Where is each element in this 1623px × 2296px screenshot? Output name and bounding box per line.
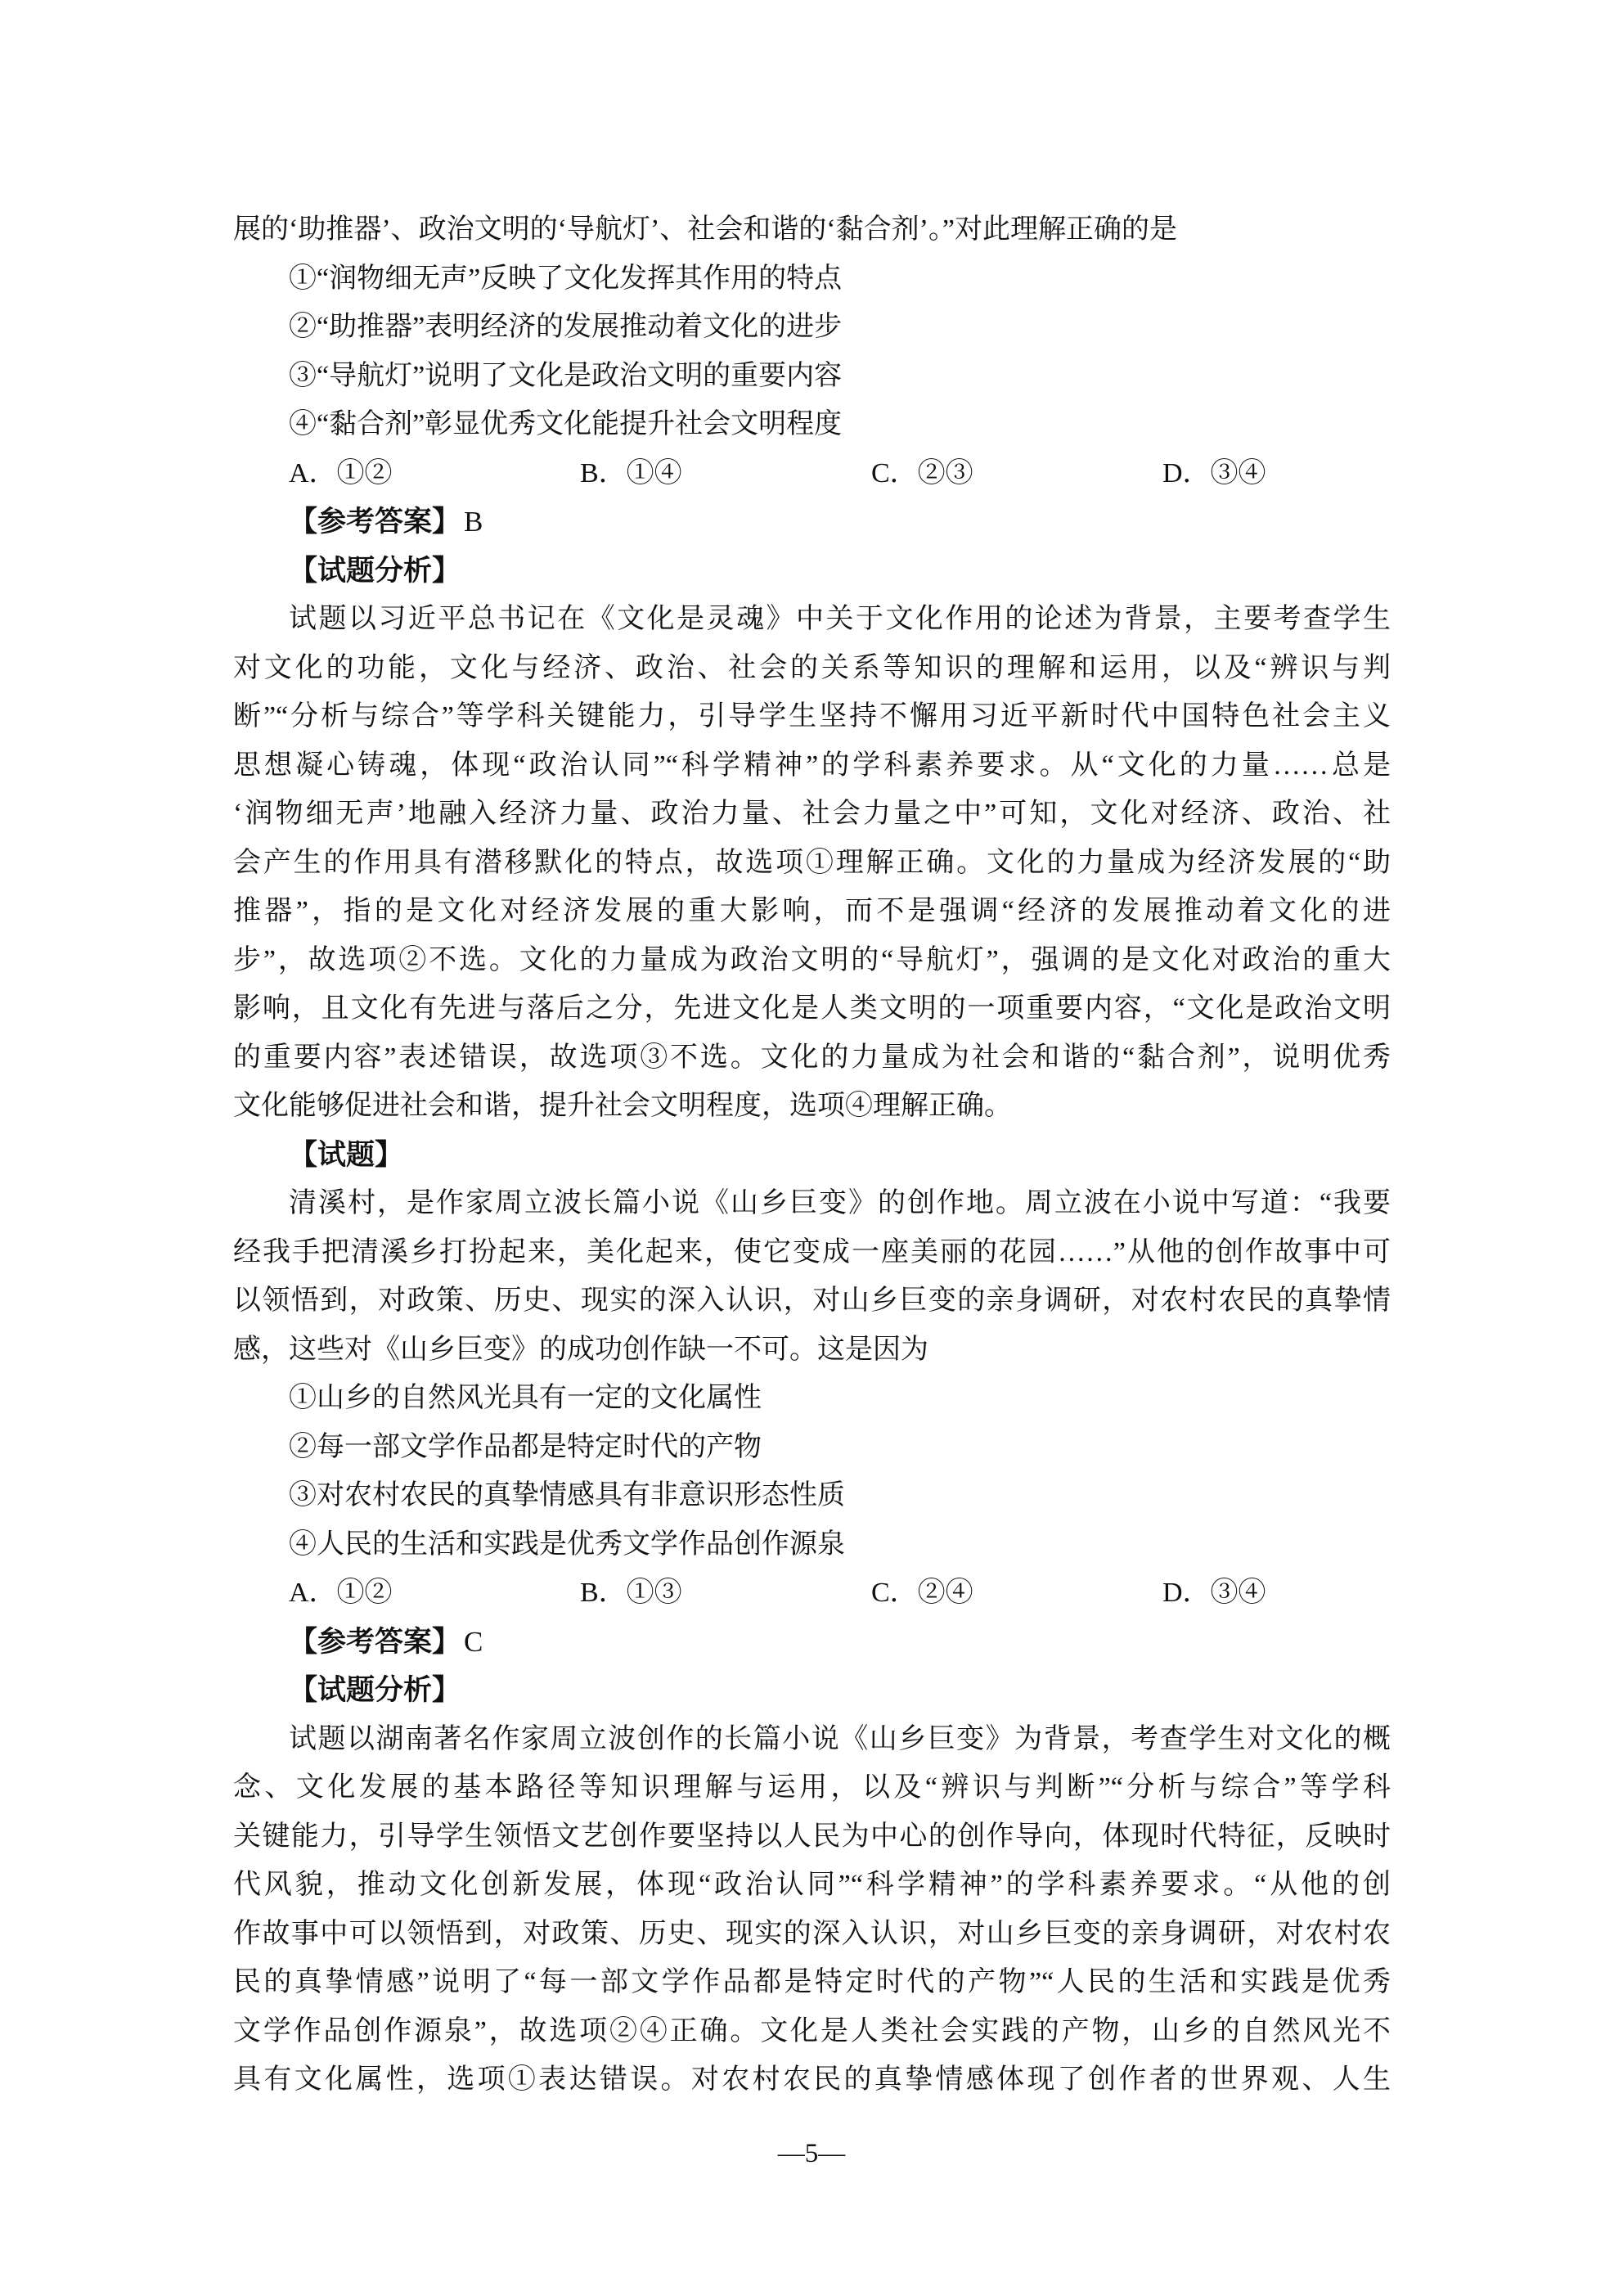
page-number: —5— bbox=[0, 2137, 1623, 2170]
q2-options: ①山乡的自然风光具有一定的文化属性②每一部文学作品都是特定时代的产物③对农村农民… bbox=[233, 1374, 1391, 1569]
text-line: 的重要内容”表述错误，故选项③不选。文化的力量成为社会和谐的“黏合剂”，说明优秀 bbox=[233, 1033, 1391, 1083]
text-line: 关键能力，引导学生领悟文艺创作要坚持以人民为中心的创作导向，体现时代特征，反映时 bbox=[233, 1812, 1391, 1862]
q1-analysis-label: 【试题分析】 bbox=[289, 555, 461, 587]
text-line: 对文化的功能，文化与经济、政治、社会的关系等知识的理解和运用，以及“辨识与判 bbox=[233, 644, 1391, 693]
text-line: 试题以习近平总书记在《文化是灵魂》中关于文化作用的论述为背景，主要考查学生 bbox=[233, 595, 1391, 644]
text-line: 推器”，指的是文化对经济发展的重大影响，而不是强调“经济的发展推动着文化的进 bbox=[233, 887, 1391, 936]
text-line: 民的真挚情感”说明了“每一部文学作品都是特定时代的产物”“人民的生活和实践是优秀 bbox=[233, 1958, 1391, 2007]
text-line: 代风貌，推动文化创新发展，体现“政治认同”“科学精神”的学科素养要求。“从他的创 bbox=[233, 1861, 1391, 1910]
q2-answer-line: 【参考答案】C bbox=[233, 1618, 1391, 1667]
text-line: 以领悟到，对政策、历史、现实的深入认识，对山乡巨变的亲身调研，对农村农民的真挚情 bbox=[233, 1276, 1391, 1326]
choice-item: D．③④ bbox=[1162, 449, 1266, 498]
text-line: 经我手把清溪乡打扮起来，美化起来，使它变成一座美丽的花园……”从他的创作故事中可 bbox=[233, 1228, 1391, 1277]
text-line: ②“助推器”表明经济的发展推动着文化的进步 bbox=[233, 303, 1391, 352]
q1-options: ①“润物细无声”反映了文化发挥其作用的特点②“助推器”表明经济的发展推动着文化的… bbox=[233, 254, 1391, 449]
q1-answer-value: B bbox=[461, 506, 483, 538]
choice-item: B．①③ bbox=[580, 1569, 871, 1618]
choice-item: B．①④ bbox=[580, 449, 871, 498]
q1-answer-line: 【参考答案】B bbox=[233, 497, 1391, 547]
q2-analysis-label: 【试题分析】 bbox=[289, 1674, 461, 1706]
q1-intro-line: 展的‘助推器’、政治文明的‘导航灯’、社会和谐的‘黏合剂’。”对此理解正确的是 bbox=[233, 205, 1391, 254]
q1-answer-label: 【参考答案】 bbox=[289, 506, 461, 538]
q2-stem-paragraph: 清溪村，是作家周立波长篇小说《山乡巨变》的创作地。周立波在小说中写道：“我要经我… bbox=[233, 1179, 1391, 1374]
text-line: 展的‘助推器’、政治文明的‘导航灯’、社会和谐的‘黏合剂’。”对此理解正确的是 bbox=[233, 205, 1391, 254]
q2-question-label: 【试题】 bbox=[289, 1139, 403, 1171]
q2-question-header: 【试题】 bbox=[233, 1131, 1391, 1180]
text-line: 试题以湖南著名作家周立波创作的长篇小说《山乡巨变》为背景，考查学生对文化的概 bbox=[233, 1715, 1391, 1764]
text-line: ④“黏合剂”彰显优秀文化能提升社会文明程度 bbox=[233, 400, 1391, 449]
text-line: ④人民的生活和实践是优秀文学作品创作源泉 bbox=[233, 1520, 1391, 1569]
q2-analysis-paragraph: 试题以湖南著名作家周立波创作的长篇小说《山乡巨变》为背景，考查学生对文化的概念、… bbox=[233, 1715, 1391, 2105]
text-line: ②每一部文学作品都是特定时代的产物 bbox=[233, 1423, 1391, 1472]
text-line: 作故事中可以领悟到，对政策、历史、现实的深入认识，对山乡巨变的亲身调研，对农村农 bbox=[233, 1910, 1391, 1959]
q1-analysis-header: 【试题分析】 bbox=[233, 547, 1391, 596]
text-line: 清溪村，是作家周立波长篇小说《山乡巨变》的创作地。周立波在小说中写道：“我要 bbox=[233, 1179, 1391, 1228]
choice-item: A．①② bbox=[289, 1569, 580, 1618]
text-line: 具有文化属性，选项①表达错误。对农村农民的真挚情感体现了创作者的世界观、人生 bbox=[233, 2055, 1391, 2105]
q1-analysis-paragraph: 试题以习近平总书记在《文化是灵魂》中关于文化作用的论述为背景，主要考查学生对文化… bbox=[233, 595, 1391, 1131]
document-page: 展的‘助推器’、政治文明的‘导航灯’、社会和谐的‘黏合剂’。”对此理解正确的是 … bbox=[0, 0, 1623, 2296]
text-line: 步”，故选项②不选。文化的力量成为政治文明的“导航灯”，强调的是文化对政治的重大 bbox=[233, 936, 1391, 985]
text-line: 文学作品创作源泉”，故选项②④正确。文化是人类社会实践的产物，山乡的自然风光不 bbox=[233, 2007, 1391, 2056]
q2-analysis-header: 【试题分析】 bbox=[233, 1666, 1391, 1715]
q1-choices-row: A．①②B．①④C．②③D．③④ bbox=[233, 449, 1391, 498]
text-line: 断”“分析与综合”等学科关键能力，引导学生坚持不懈用习近平新时代中国特色社会主义 bbox=[233, 692, 1391, 741]
q2-answer-value: C bbox=[461, 1626, 483, 1658]
text-line: ①山乡的自然风光具有一定的文化属性 bbox=[233, 1374, 1391, 1423]
text-line: 文化能够促进社会和谐，提升社会文明程度，选项④理解正确。 bbox=[233, 1082, 1391, 1131]
choice-item: A．①② bbox=[289, 449, 580, 498]
text-line: ③对农村农民的真挚情感具有非意识形态性质 bbox=[233, 1471, 1391, 1520]
q2-choices-row: A．①②B．①③C．②④D．③④ bbox=[233, 1569, 1391, 1618]
text-line: 影响，且文化有先进与落后之分，先进文化是人类文明的一项重要内容，“文化是政治文明 bbox=[233, 984, 1391, 1033]
choice-item: C．②③ bbox=[871, 449, 1162, 498]
text-line: 念、文化发展的基本路径等知识理解与运用，以及“辨识与判断”“分析与综合”等学科 bbox=[233, 1763, 1391, 1812]
q2-answer-label: 【参考答案】 bbox=[289, 1626, 461, 1658]
text-line: 会产生的作用具有潜移默化的特点，故选项①理解正确。文化的力量成为经济发展的“助 bbox=[233, 839, 1391, 888]
page-content: 展的‘助推器’、政治文明的‘导航灯’、社会和谐的‘黏合剂’。”对此理解正确的是 … bbox=[233, 205, 1391, 2105]
text-line: 思想凝心铸魂，体现“政治认同”“科学精神”的学科素养要求。从“文化的力量……总是 bbox=[233, 741, 1391, 790]
text-line: 感，这些对《山乡巨变》的成功创作缺一不可。这是因为 bbox=[233, 1326, 1391, 1375]
text-line: ③“导航灯”说明了文化是政治文明的重要内容 bbox=[233, 352, 1391, 401]
choice-item: D．③④ bbox=[1162, 1569, 1266, 1618]
choice-item: C．②④ bbox=[871, 1569, 1162, 1618]
text-line: ①“润物细无声”反映了文化发挥其作用的特点 bbox=[233, 254, 1391, 304]
text-line: ‘润物细无声’地融入经济力量、政治力量、社会力量之中”可知，文化对经济、政治、社 bbox=[233, 790, 1391, 839]
